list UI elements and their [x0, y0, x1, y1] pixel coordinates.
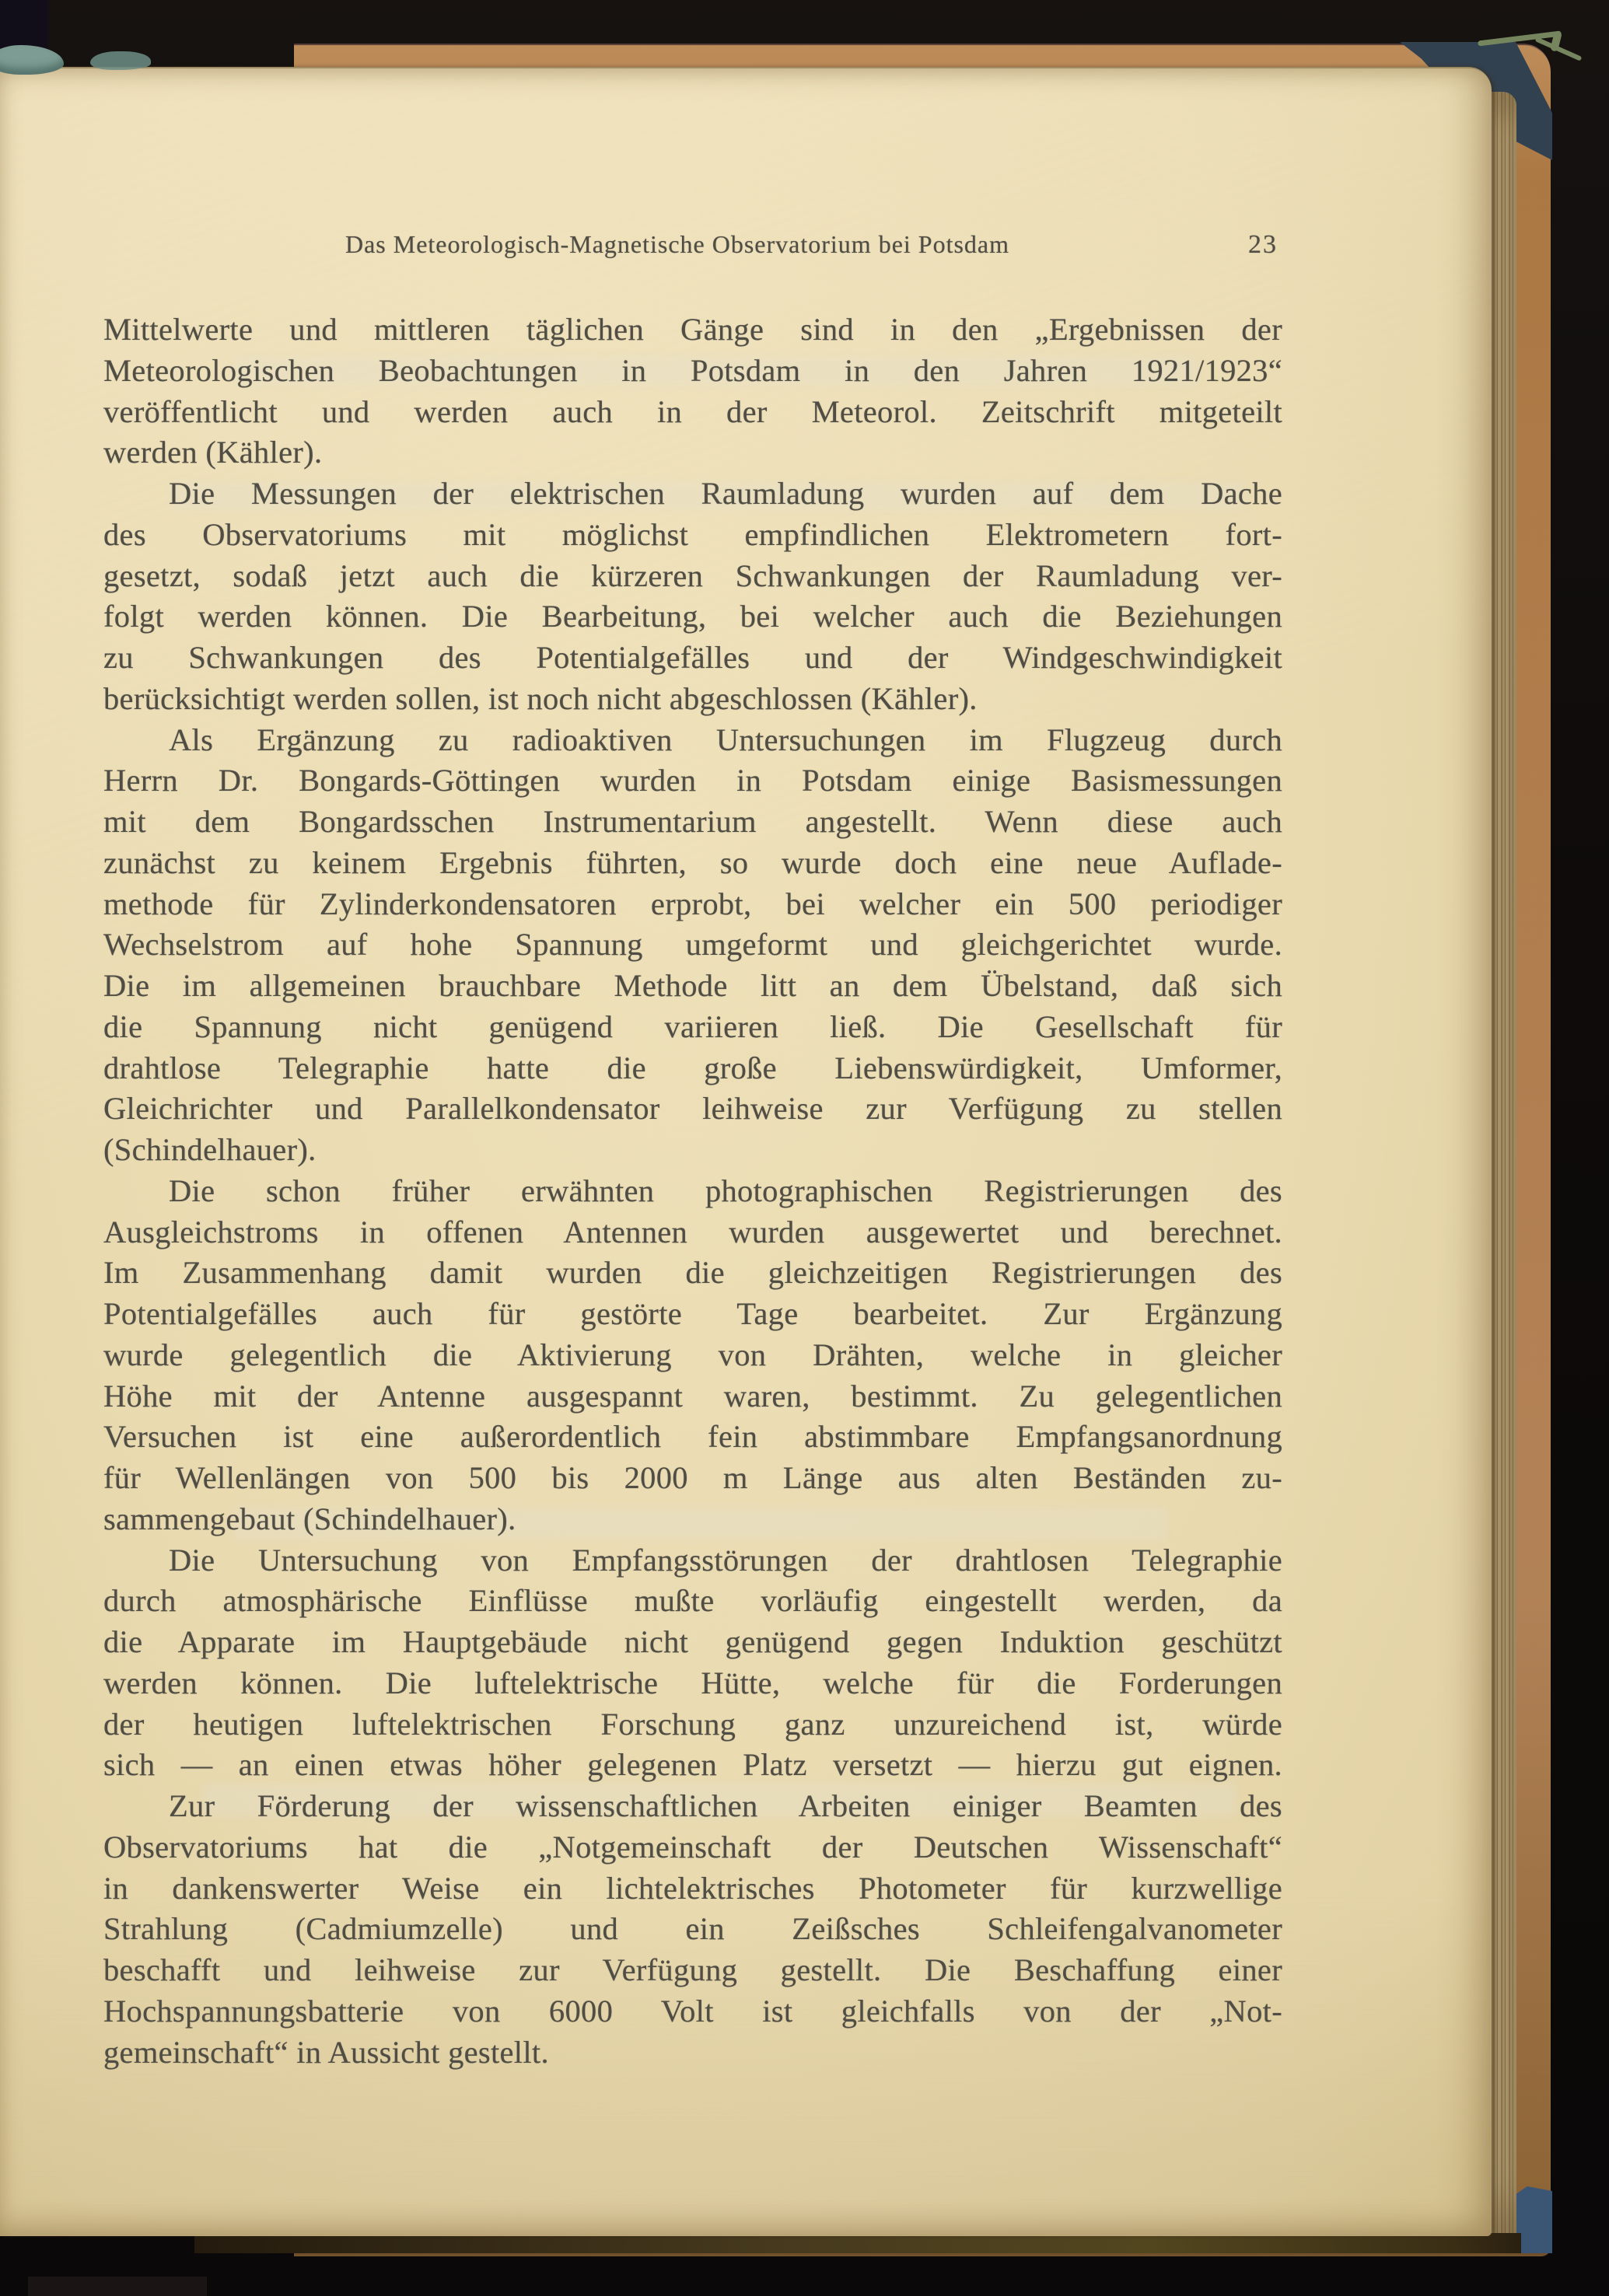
text-line: mit dem Bongardsschen Instrumentarium an…	[103, 802, 1282, 843]
text-line: berücksichtigt werden sollen, ist noch n…	[103, 679, 1282, 720]
text-line: Die schon früher erwähnten photographisc…	[103, 1171, 1282, 1212]
text-line: die Apparate im Hauptgebäude nicht genüg…	[103, 1622, 1282, 1663]
body-text: Mittelwerte und mittleren täglichen Gäng…	[103, 309, 1282, 2073]
text-line: durch atmosphärische Einflüsse mußte vor…	[103, 1581, 1282, 1622]
running-header: Das Meteorologisch-Magnetische Observato…	[103, 230, 1282, 267]
text-line: gesetzt, sodaß jetzt auch die kürzeren S…	[103, 556, 1282, 597]
text-line: Höhe mit der Antenne ausgespannt waren, …	[103, 1376, 1282, 1417]
text-line: (Schindelhauer).	[103, 1130, 1282, 1171]
text-line: Die Messungen der elektrischen Raumladun…	[103, 474, 1282, 515]
text-line: Versuchen ist eine außerordentlich fein …	[103, 1417, 1282, 1458]
text-line: Potentialgefälles auch für gestörte Tage…	[103, 1294, 1282, 1335]
text-line: wurde gelegentlich die Aktivierung von D…	[103, 1335, 1282, 1376]
text-line: methode für Zylinderkondensatoren erprob…	[103, 884, 1282, 925]
text-line: Im Zusammenhang damit wurden die gleichz…	[103, 1253, 1282, 1294]
text-line: zunächst zu keinem Ergebnis führten, so …	[103, 843, 1282, 884]
text-line: werden können. Die luftelektrische Hütte…	[103, 1663, 1282, 1704]
text-line: in dankenswerter Weise ein lichtelektris…	[103, 1868, 1282, 1910]
text-line: Die im allgemeinen brauchbare Methode li…	[103, 966, 1282, 1007]
page-number: 23	[1248, 230, 1278, 260]
text-line: Gleichrichter und Parallelkondensator le…	[103, 1089, 1282, 1130]
text-line: sammengebaut (Schindelhauer).	[103, 1499, 1282, 1540]
text-line: Meteorologischen Beobachtungen in Potsda…	[103, 351, 1282, 392]
text-line: Herrn Dr. Bongards-Göttingen wurden in P…	[103, 760, 1282, 802]
text-line: Mittelwerte und mittleren täglichen Gäng…	[103, 309, 1282, 351]
text-line: gemeinschaft“ in Aussicht gestellt.	[103, 2032, 1282, 2074]
text-line: Die Untersuchung von Empfangsstörungen d…	[103, 1540, 1282, 1581]
text-line: Hochspannungsbatterie von 6000 Volt ist …	[103, 1991, 1282, 2032]
text-line: die Spannung nicht genügend variieren li…	[103, 1007, 1282, 1048]
text-line: Wechselstrom auf hohe Spannung umgeformt…	[103, 924, 1282, 966]
text-line: für Wellenlängen von 500 bis 2000 m Läng…	[103, 1458, 1282, 1499]
text-line: Als Ergänzung zu radioaktiven Untersuchu…	[103, 720, 1282, 761]
text-line: Ausgleichstroms in offenen Antennen wurd…	[103, 1212, 1282, 1253]
text-line: der heutigen luftelektrischen Forschung …	[103, 1704, 1282, 1746]
book-page-scan: Das Meteorologisch-Magnetische Observato…	[0, 0, 1609, 2296]
text-line: veröffentlicht und werden auch in der Me…	[103, 392, 1282, 433]
text-line: folgt werden können. Die Bearbeitung, be…	[103, 596, 1282, 638]
text-line: des Observatoriums mit möglichst empfind…	[103, 515, 1282, 556]
scanner-light-patch	[28, 2277, 207, 2296]
page-stack-edges	[1490, 92, 1516, 2236]
text-line: Zur Förderung der wissenschaftlichen Arb…	[103, 1786, 1282, 1827]
headband-fray	[0, 45, 64, 75]
text-line: zu Schwankungen des Potentialgefälles un…	[103, 638, 1282, 679]
headband-fray	[90, 51, 151, 70]
text-line: beschafft und leihweise zur Verfügung ge…	[103, 1950, 1282, 1991]
page-header-title: Das Meteorologisch-Magnetische Observato…	[103, 230, 1282, 259]
text-line: Observatoriums hat die „Notgemeinschaft …	[103, 1827, 1282, 1868]
text-line: drahtlose Telegraphie hatte die große Li…	[103, 1048, 1282, 1089]
text-line: werden (Kähler).	[103, 432, 1282, 474]
text-line: Strahlung (Cadmiumzelle) und ein Zeißsch…	[103, 1909, 1282, 1950]
text-line: sich — an einen etwas höher gelegenen Pl…	[103, 1745, 1282, 1786]
